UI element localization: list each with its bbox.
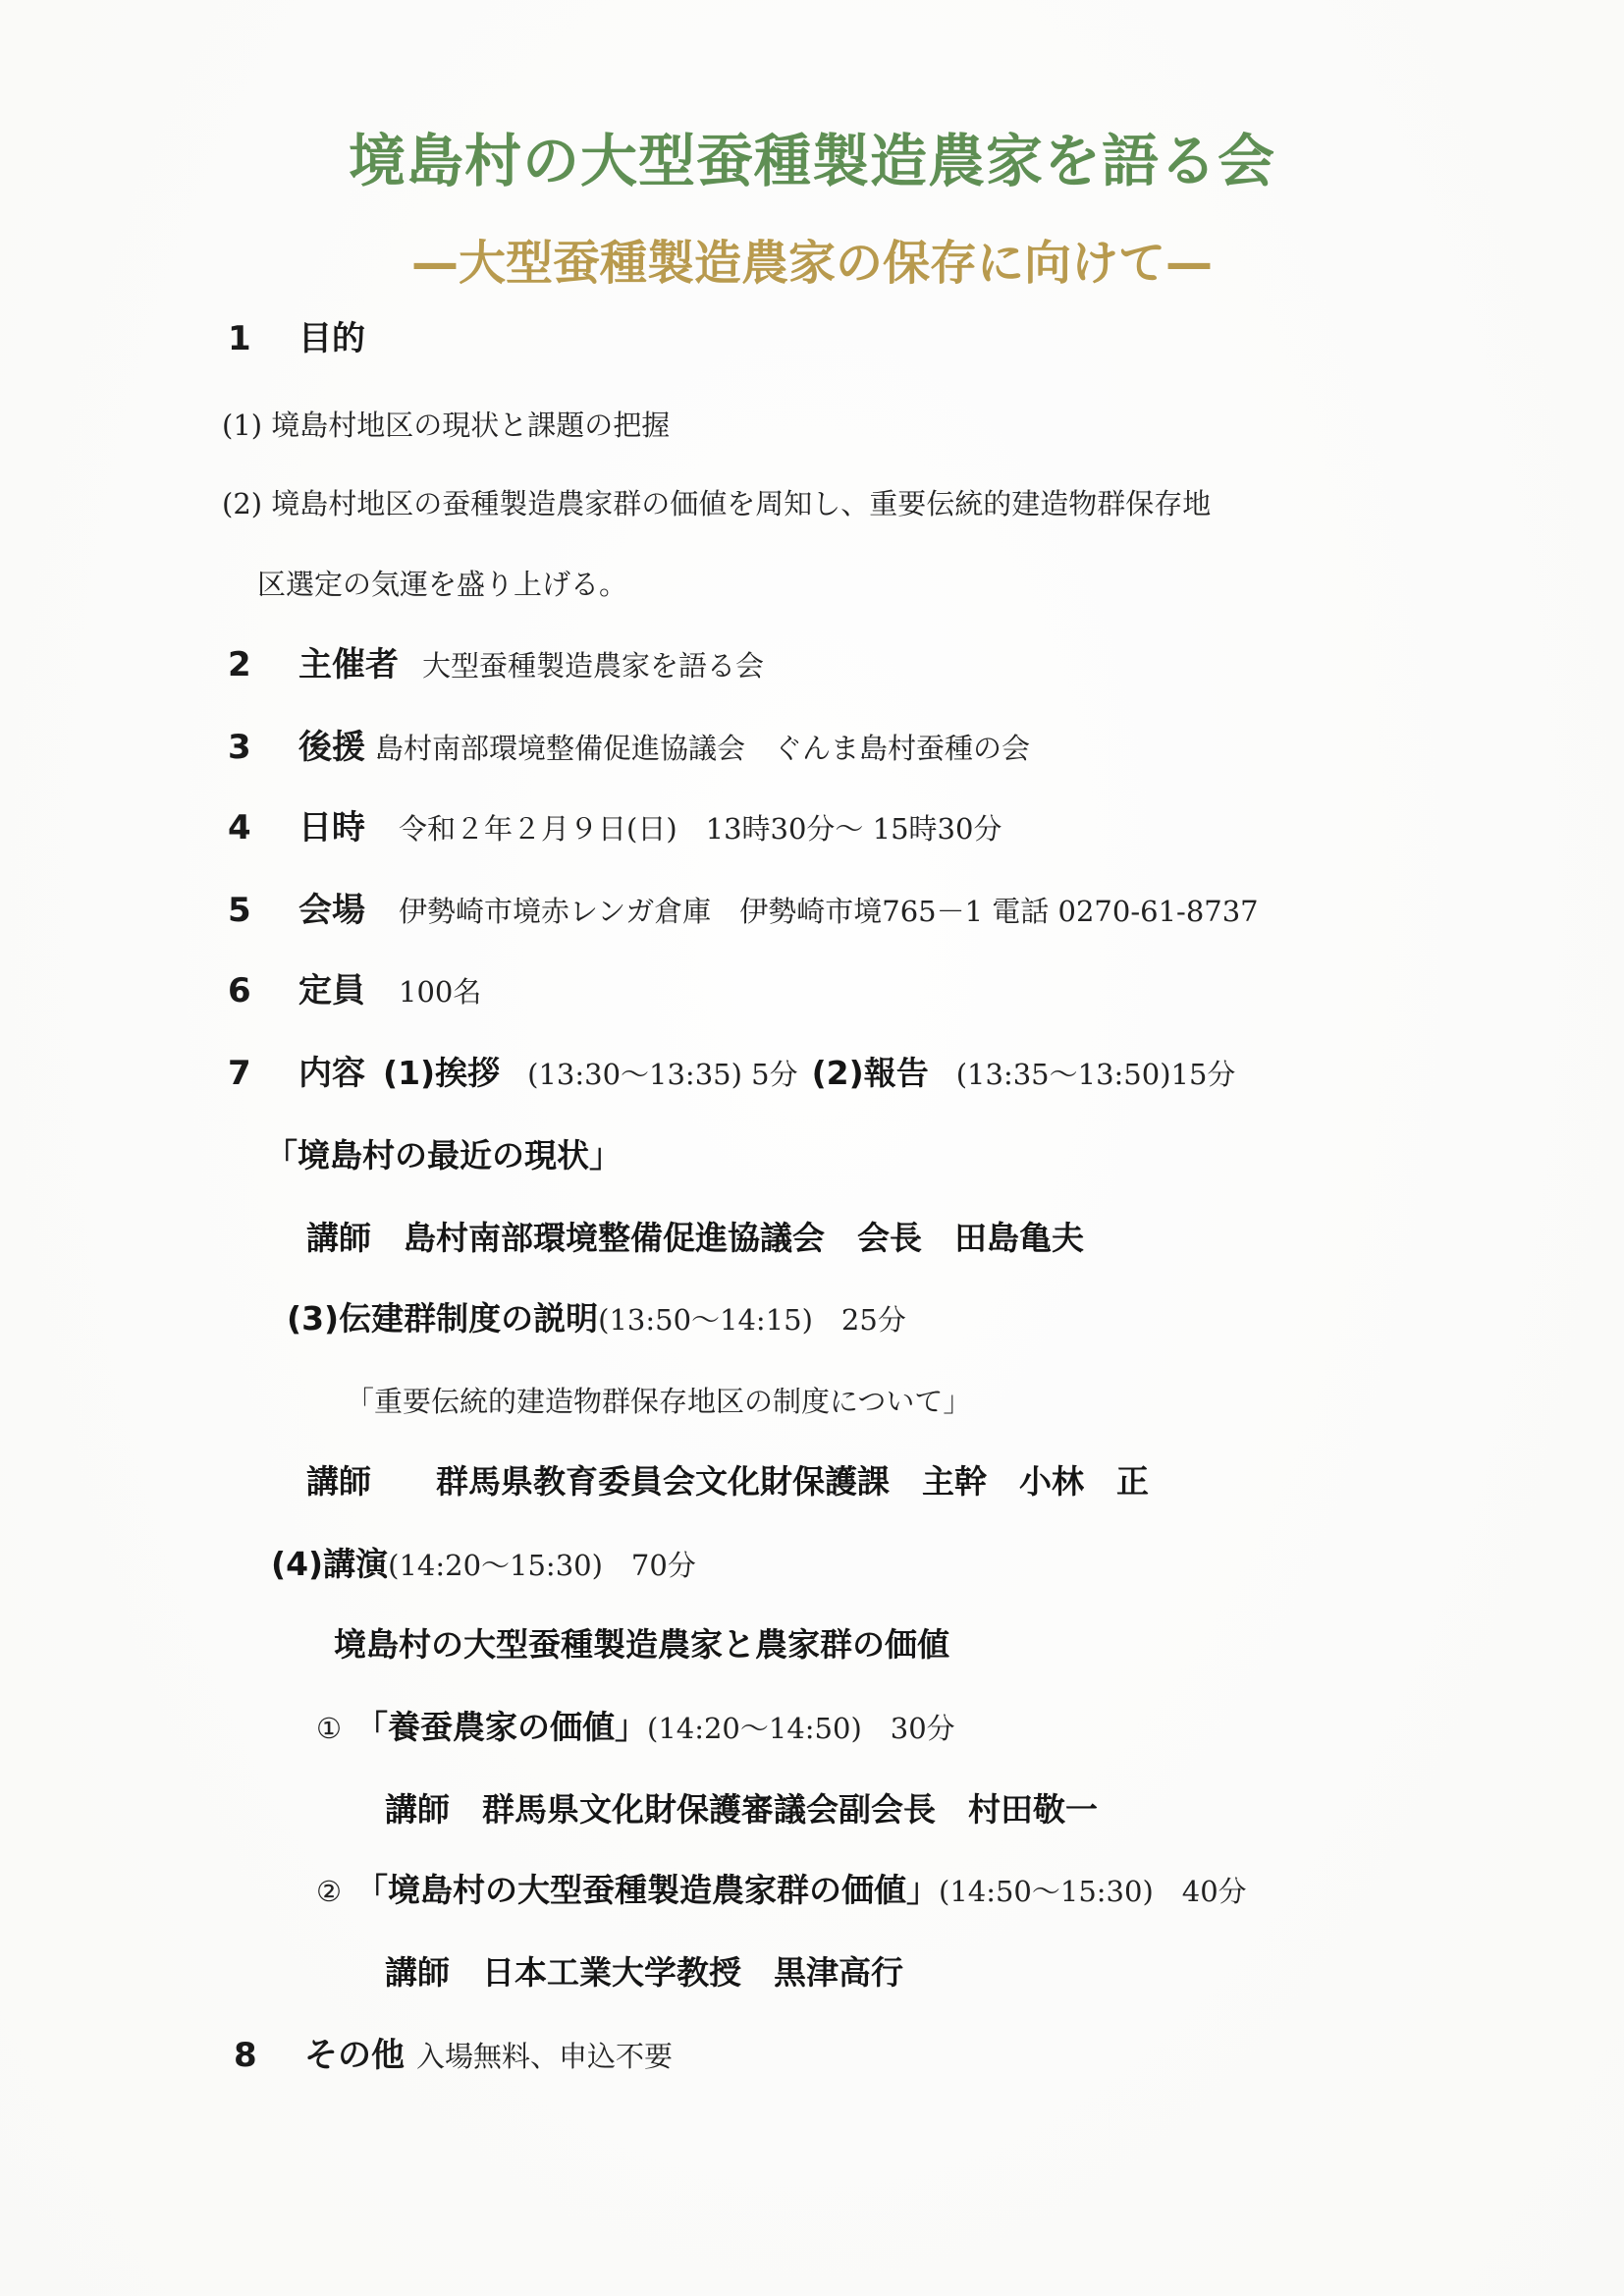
greeting-label: (1)挨拶 — [383, 1054, 500, 1092]
report-speaker: 講師 島村南部環境整備促進協議会 会長 田島亀夫 — [306, 1214, 1084, 1263]
support-value: 島村南部環境整備促進協議会 ぐんま島村蚕種の会 — [375, 732, 1030, 765]
section-content: 7内容(1)挨拶(13:30～13:35) 5分(2)報告(13:35～13:5… — [228, 1049, 1235, 1104]
section-number: 7 — [228, 1049, 298, 1098]
section-label: その他 — [304, 2031, 405, 2080]
report-label: (2)報告 — [812, 1054, 929, 1092]
section-organizer: 2主催者大型蚕種製造農家を語る会 — [228, 640, 764, 695]
organizer-value: 大型蚕種製造農家を語る会 — [422, 649, 764, 683]
section-other: 8その他入場無料、申込不要 — [234, 2031, 673, 2086]
section-number: 6 — [228, 966, 298, 1015]
section-label: 定員 — [298, 966, 365, 1015]
section-label: 会場 — [298, 886, 365, 935]
purpose-item-2: (2) 境島村地区の蚕種製造農家群の価値を周知し、重要伝統的建造物群保存地 — [222, 479, 1211, 528]
other-value: 入場無料、申込不要 — [416, 2040, 673, 2073]
lecture-2-heading: ②「境島村の大型蚕種製造農家群の価値」(14:50～15:30) 40分 — [316, 1866, 1247, 1921]
section-number: 1 — [228, 314, 298, 363]
section-venue: 5会場伊勢崎市境赤レンガ倉庫 伊勢崎市境765－1 電話 0270-61-873… — [228, 886, 1259, 941]
part3-title: 「重要伝統的建造物群保存地区の制度について」 — [346, 1377, 971, 1426]
capacity-value: 100名 — [399, 975, 481, 1009]
flyer-page: 境島村の大型蚕種製造農家を語る会 —大型蚕種製造農家の保存に向けて— 1目的 (… — [0, 0, 1624, 2296]
purpose-item-2-continued: 区選定の気運を盛り上げる。 — [257, 560, 627, 609]
section-number: 8 — [234, 2031, 304, 2080]
section-number: 2 — [228, 640, 298, 689]
section-purpose-heading: 1目的 — [228, 314, 389, 369]
section-label: 後援 — [298, 723, 365, 772]
part3-label: (3)伝建群制度の説明 — [287, 1299, 598, 1338]
purpose-item-1: (1) 境島村地区の現状と課題の把握 — [222, 401, 670, 450]
section-number: 4 — [228, 803, 298, 852]
part4-theme: 境島村の大型蚕種製造農家と農家群の価値 — [334, 1620, 949, 1669]
lecture-2-time: (14:50～15:30) 40分 — [939, 1875, 1247, 1908]
part4-heading: (4)講演(14:20～15:30) 70分 — [271, 1540, 696, 1595]
section-capacity: 6定員100名 — [228, 966, 481, 1021]
lecture-1-title: 「養蚕農家の価値」 — [355, 1708, 647, 1746]
datetime-value: 令和２年２月９日(日) 13時30分～ 15時30分 — [399, 812, 1001, 846]
venue-value: 伊勢崎市境赤レンガ倉庫 伊勢崎市境765－1 電話 0270-61-8737 — [399, 895, 1259, 928]
section-number: 5 — [228, 886, 298, 935]
lecture-1-marker: ① — [316, 1712, 342, 1745]
greeting-time: (13:30～13:35) 5分 — [527, 1058, 797, 1091]
lecture-2-title: 「境島村の大型蚕種製造農家群の価値」 — [355, 1871, 939, 1909]
report-time: (13:35～13:50)15分 — [956, 1058, 1236, 1091]
part3-speaker: 講師 群馬県教育委員会文化財保護課 主幹 小林 正 — [306, 1457, 1149, 1506]
lecture-1-time: (14:20～14:50) 30分 — [647, 1712, 955, 1745]
section-label: 日時 — [298, 803, 365, 852]
part4-label: (4)講演 — [271, 1545, 388, 1583]
report-title: 「境島村の最近の現状」 — [265, 1131, 622, 1180]
part4-time: (14:20～15:30) 70分 — [388, 1549, 696, 1582]
section-label: 主催者 — [298, 640, 399, 689]
lecture-1-speaker: 講師 群馬県文化財保護審議会副会長 村田敬一 — [385, 1785, 1098, 1834]
section-support: 3後援島村南部環境整備促進協議会 ぐんま島村蚕種の会 — [228, 723, 1030, 778]
section-number: 3 — [228, 723, 298, 772]
lecture-1-heading: ①「養蚕農家の価値」(14:20～14:50) 30分 — [316, 1703, 955, 1758]
lecture-2-speaker: 講師 日本工業大学教授 黒津高行 — [385, 1948, 903, 1997]
section-datetime: 4日時令和２年２月９日(日) 13時30分～ 15時30分 — [228, 803, 1001, 858]
part3-heading: (3)伝建群制度の説明(13:50～14:15) 25分 — [287, 1294, 906, 1349]
part3-time: (13:50～14:15) 25分 — [598, 1303, 906, 1337]
lecture-2-marker: ② — [316, 1875, 342, 1908]
document-subtitle: —大型蚕種製造農家の保存に向けて— — [0, 234, 1624, 293]
section-label: 内容 — [298, 1049, 365, 1098]
document-title: 境島村の大型蚕種製造農家を語る会 — [0, 126, 1624, 196]
section-label: 目的 — [298, 314, 365, 363]
